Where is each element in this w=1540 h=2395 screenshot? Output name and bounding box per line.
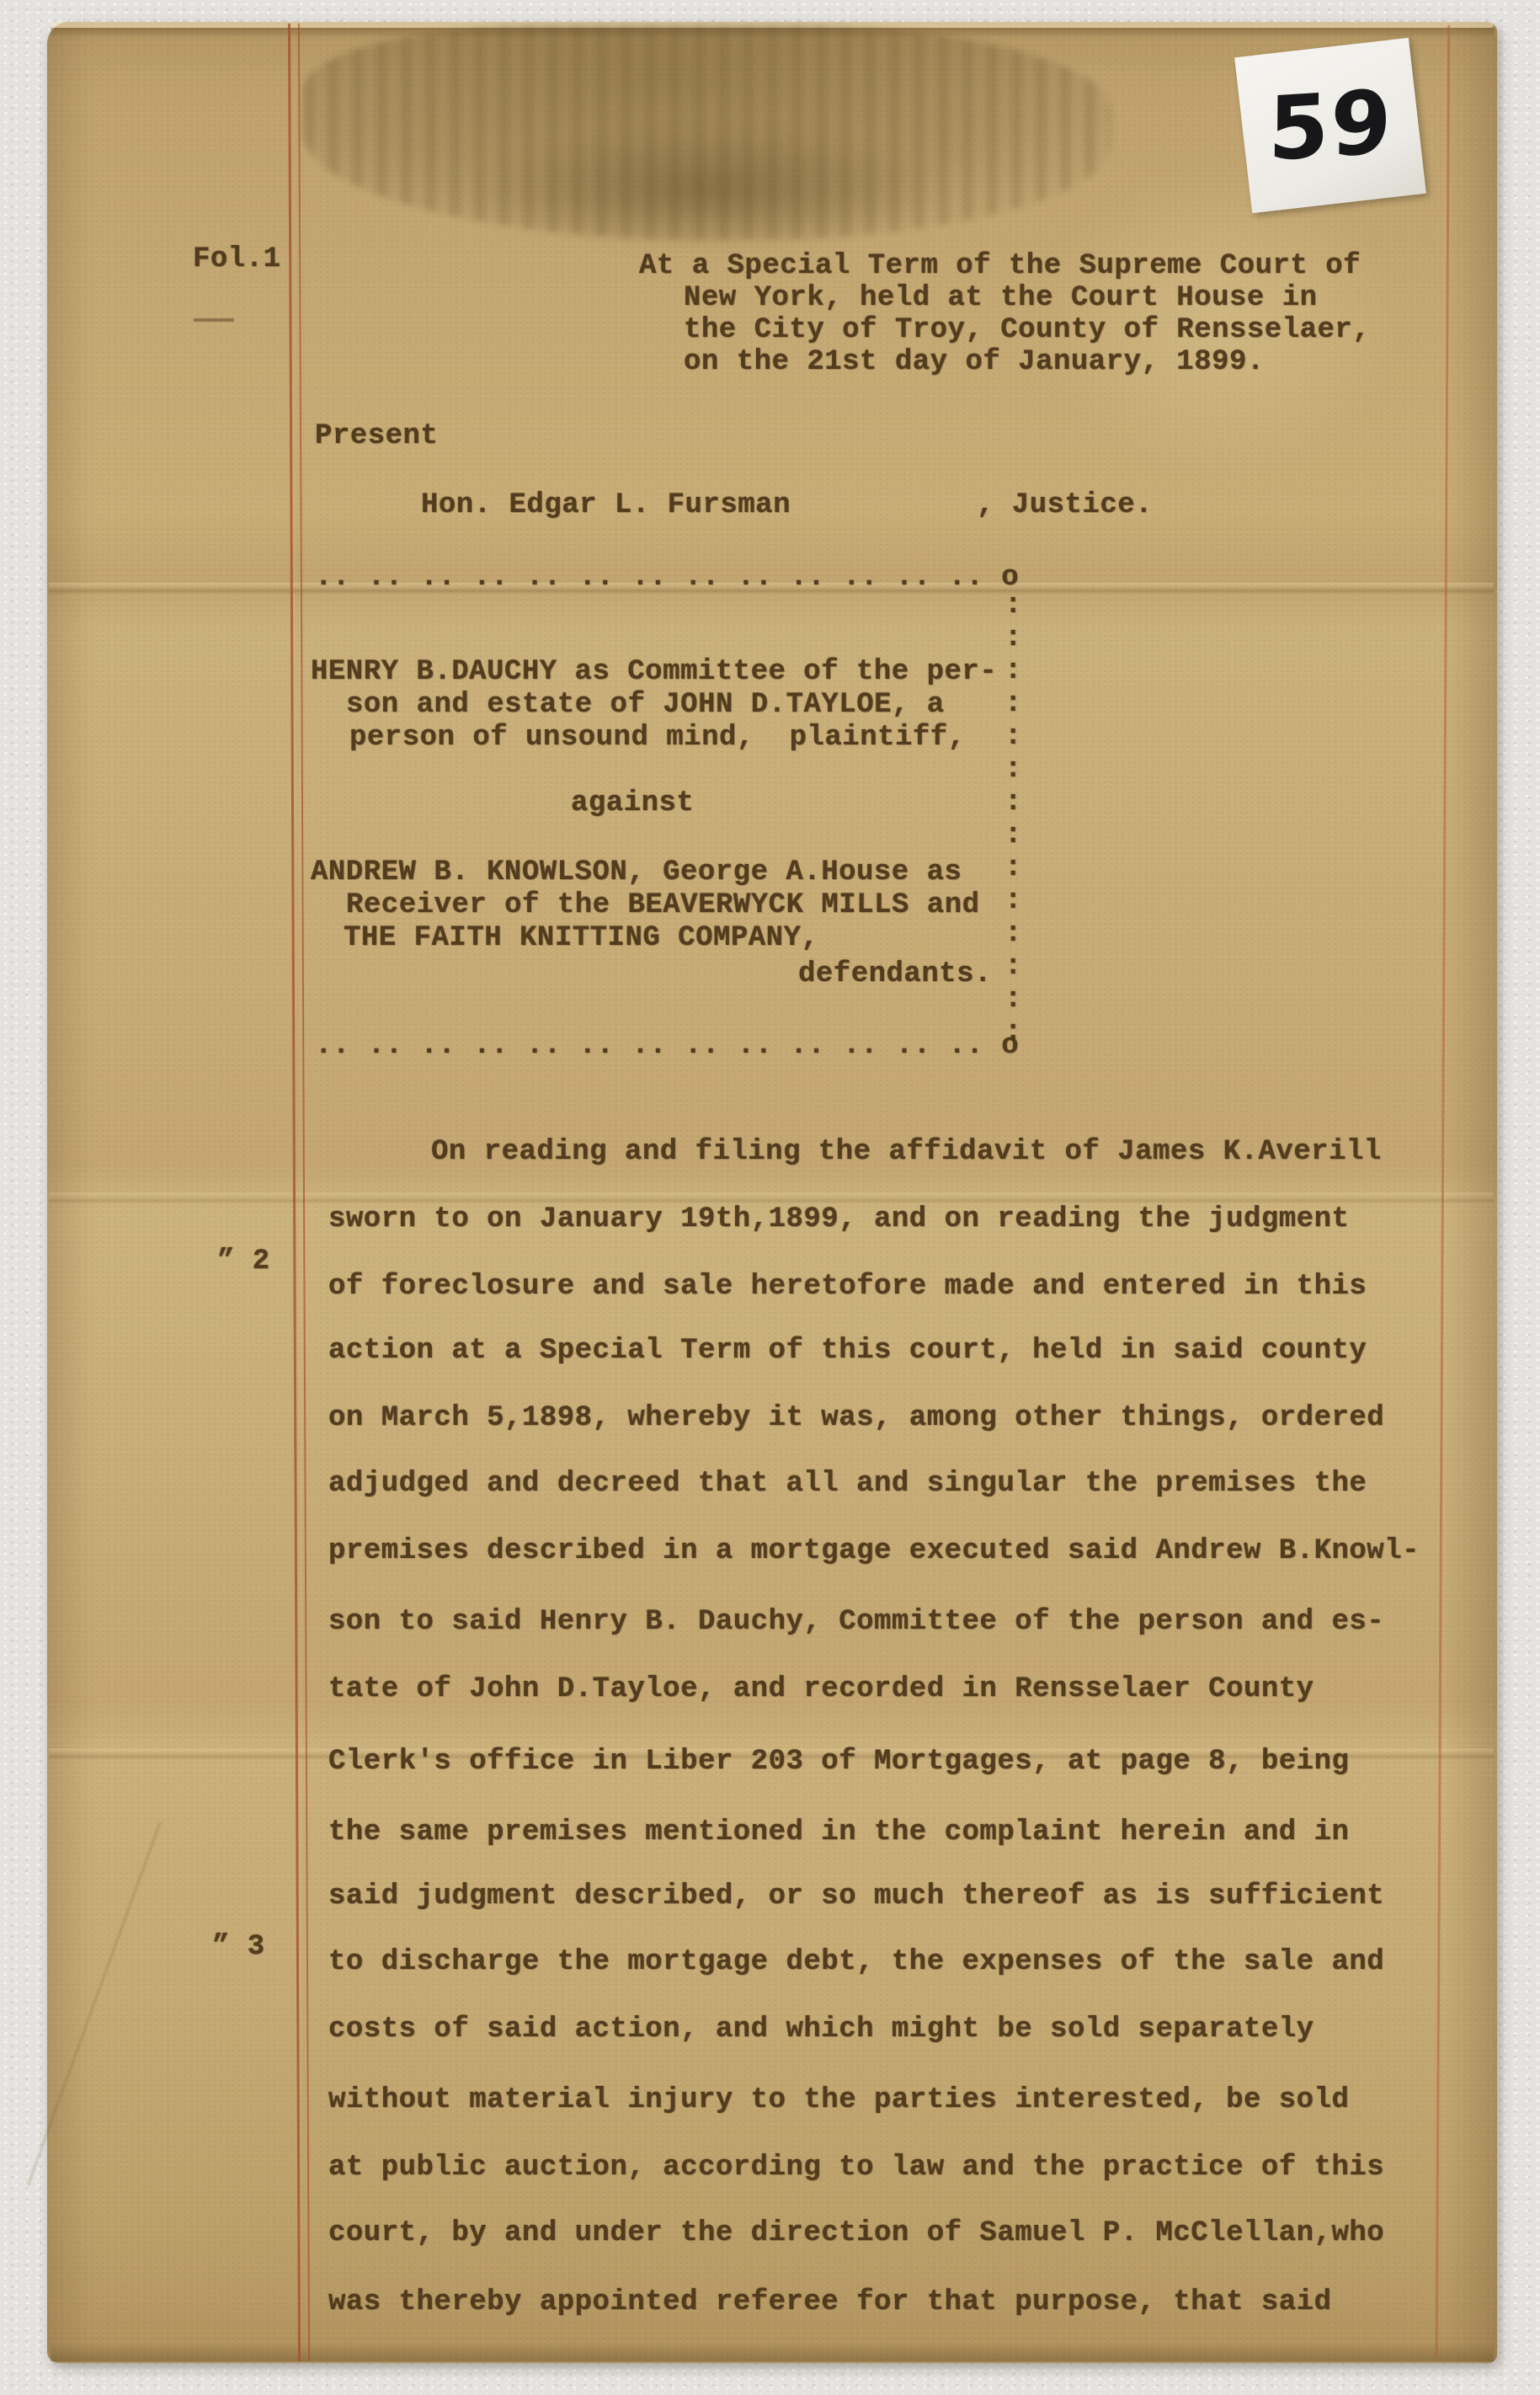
court-header-line-1: At a Special Term of the Supreme Court o… [639,249,1361,283]
body-line: action at a Special Term of this court, … [328,1334,1367,1368]
photo-of-court-document: 59 Fol.1 At a Special Term of the Suprem… [0,0,1540,2395]
folio-label: Fol.1 [193,243,281,276]
body-line: to discharge the mortgage debt, the expe… [328,1945,1384,1979]
sticky-note-number: 59 [1267,70,1393,180]
margin-page-mark-2: ” 2 [217,1245,270,1278]
body-line: adjudged and decreed that all and singul… [328,1467,1367,1501]
justice-name: Hon. Edgar L. Fursman [421,488,791,522]
body-line: on March 5,1898, whereby it was, among o… [328,1401,1384,1435]
defendant-caption-line-1: ANDREW B. KNOWLSON, George A.House as [311,856,962,889]
court-header-line-3: the City of Troy, County of Rensselaer, [684,313,1370,347]
justice-title: , Justice. [977,488,1153,522]
body-line: of foreclosure and sale heretofore made … [328,1270,1367,1304]
sticky-note: 59 [1234,38,1426,213]
body-line: On reading and filing the affidavit of J… [431,1135,1382,1169]
body-line: Clerk's office in Liber 203 of Mortgages… [328,1745,1349,1779]
body-line: premises described in a mortgage execute… [328,1534,1420,1568]
plaintiff-caption-line-1: HENRY B.DAUCHY as Committee of the per- [311,655,997,689]
present-label: Present [315,419,438,453]
body-line: without material injury to the parties i… [328,2083,1349,2117]
body-line: at public auction, according to law and … [328,2151,1384,2184]
defendants-label: defendants. [798,957,992,991]
defendant-caption-line-2: Receiver of the BEAVERWYCK MILLS and [346,888,980,922]
body-line: the same premises mentioned in the compl… [328,1816,1349,1849]
body-line: was thereby appointed referee for that p… [328,2286,1332,2319]
plaintiff-caption-line-2: son and estate of JOHN D.TAYLOE, a [346,688,945,722]
defendant-caption-line-3: THE FAITH KNITTING COMPANY, [344,921,818,955]
body-line: court, by and under the direction of Sam… [328,2216,1384,2250]
body-line: costs of said action, and which might be… [328,2013,1314,2046]
margin-page-mark-3: ” 3 [212,1930,265,1964]
caption-colon-column: : : : : : : : : : : : : : : [1004,589,1022,1049]
court-header-line-4: on the 21st day of January, 1899. [684,345,1265,379]
versus-label: against [571,787,694,820]
body-line: tate of John D.Tayloe, and recorded in R… [328,1672,1314,1706]
body-line: son to said Henry B. Dauchy, Committee o… [328,1605,1384,1639]
caption-rule-top: .. .. .. .. .. .. .. .. .. .. .. .. .. o [315,561,1019,595]
caption-rule-bottom: .. .. .. .. .. .. .. .. .. .. .. .. .. o [315,1029,1019,1063]
plaintiff-caption-line-3: person of unsound mind, plaintiff, [349,721,966,755]
body-line: said judgment described, or so much ther… [328,1880,1384,1913]
court-header-line-2: New York, held at the Court House in [684,281,1318,315]
body-line: sworn to on January 19th,1899, and on re… [328,1203,1349,1236]
